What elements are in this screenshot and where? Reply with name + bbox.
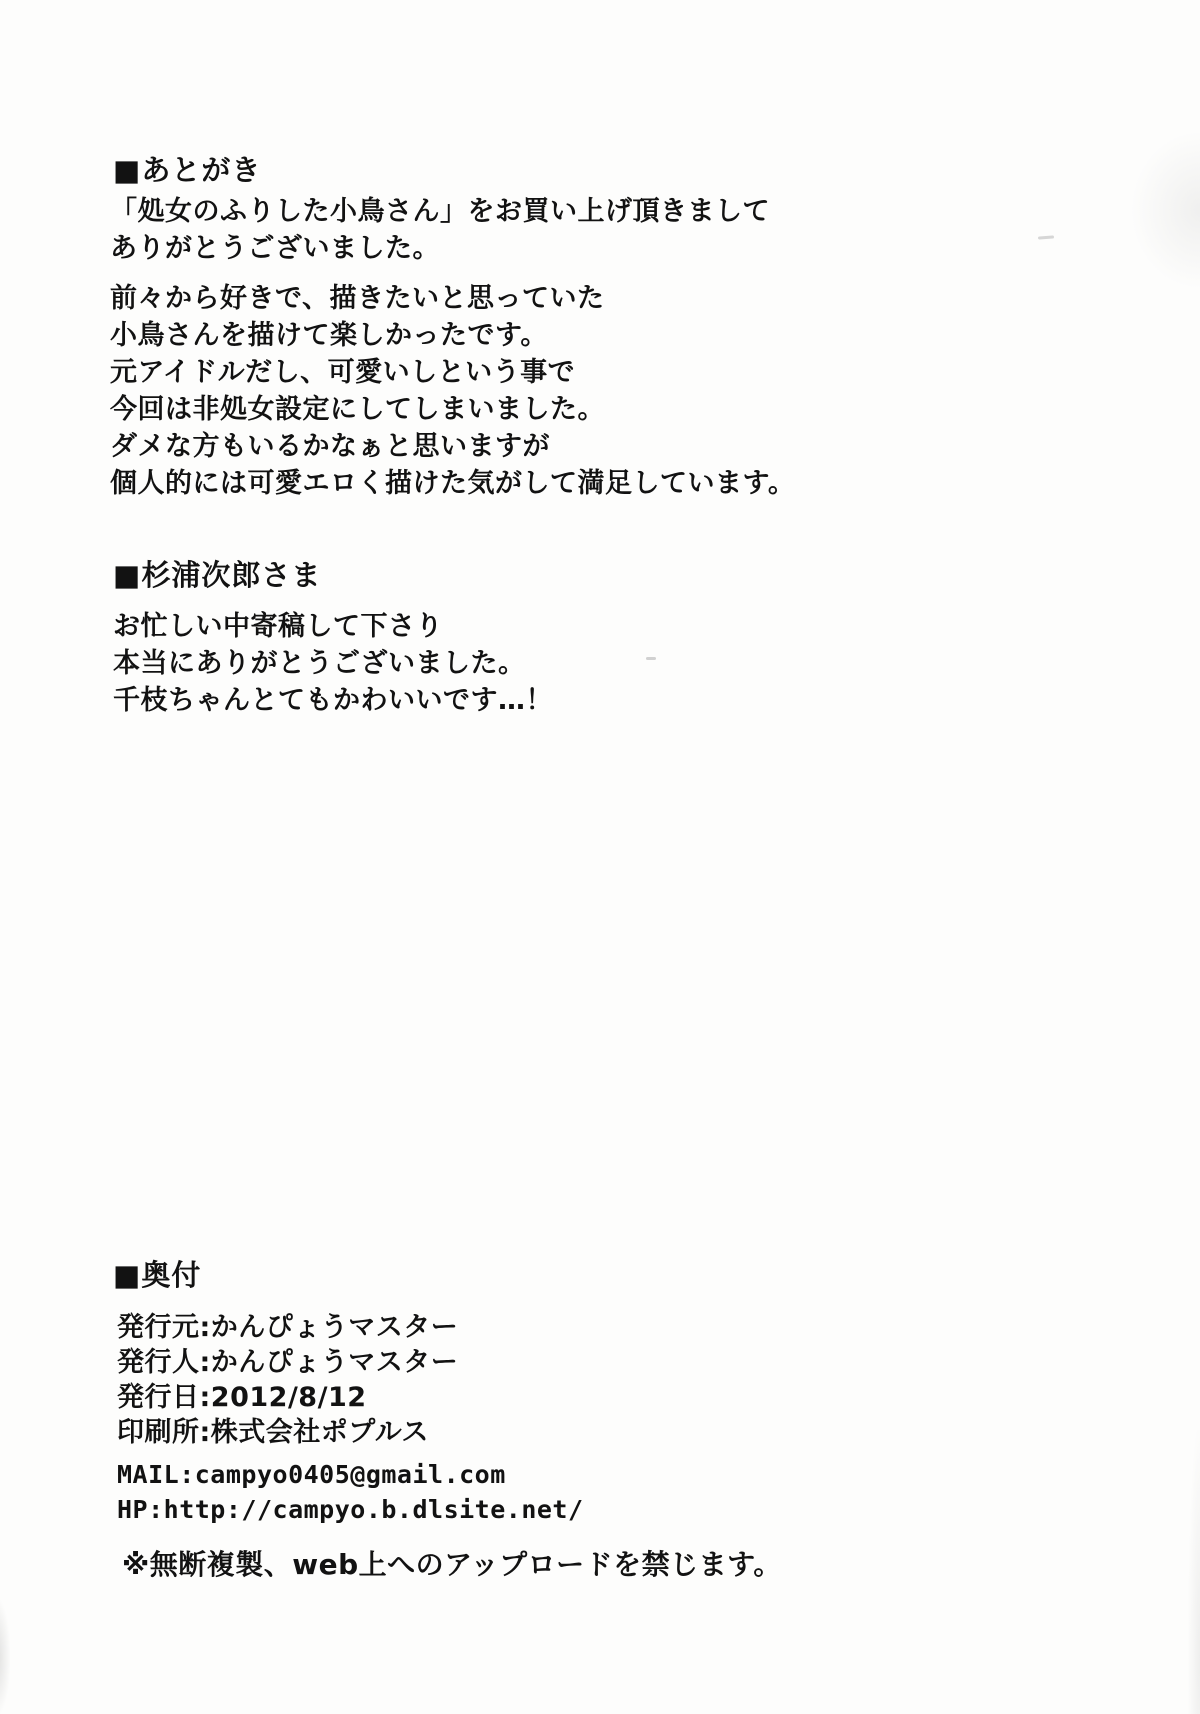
- text-line: 今回は非処女設定にしてしまいました。: [110, 391, 795, 428]
- text-line: 元アイドルだし、可愛いしという事で: [110, 354, 795, 391]
- publisher-line: 発行元:かんぴょうマスター: [117, 1310, 458, 1345]
- scan-artifact-mark: [646, 657, 656, 660]
- colophon-contact-info: MAIL:campyo0405@gmail.com HP:http://camp…: [117, 1457, 584, 1527]
- colophon-publication-info: 発行元:かんぴょうマスター 発行人:かんぴょうマスター 発行日:2012/8/1…: [117, 1310, 458, 1450]
- printer-line: 印刷所:株式会社ポプルス: [117, 1415, 458, 1450]
- colophon-heading: ■奥付: [113, 1253, 201, 1294]
- scan-artifact-mark: [1038, 235, 1054, 239]
- publication-date-line: 発行日:2012/8/12: [117, 1380, 458, 1415]
- text-line: ダメな方もいるかなぁと思いますが: [110, 428, 795, 465]
- afterword-comment-paragraph: 前々から好きで、描きたいと思っていた 小鳥さんを描けて楽しかったです。 元アイド…: [110, 280, 795, 502]
- guest-thanks-heading: ■杉浦次郎さま: [113, 553, 321, 594]
- scan-smudge: [0, 1600, 10, 1714]
- afterword-heading: ■あとがき: [113, 148, 261, 189]
- text-line: 千枝ちゃんとてもかわいいです…！: [113, 682, 553, 719]
- scan-smudge: [1130, 130, 1200, 290]
- text-line: ありがとうございました。: [110, 230, 770, 267]
- text-line: 「処女のふりした小鳥さん」をお買い上げ頂きまして: [110, 193, 770, 230]
- homepage-url-line: HP:http://campyo.b.dlsite.net/: [117, 1492, 584, 1527]
- scan-smudge: [1188, 1430, 1200, 1714]
- copyright-notice: ※無断複製、web上へのアップロードを禁じます。: [122, 1543, 782, 1583]
- issuer-line: 発行人:かんぴょうマスター: [117, 1345, 458, 1380]
- afterword-thanks-paragraph: 「処女のふりした小鳥さん」をお買い上げ頂きまして ありがとうございました。: [110, 193, 770, 267]
- mail-address-line: MAIL:campyo0405@gmail.com: [117, 1457, 584, 1492]
- text-line: 本当にありがとうございました。: [113, 645, 553, 682]
- text-line: 小鳥さんを描けて楽しかったです。: [110, 317, 795, 354]
- text-line: お忙しい中寄稿して下さり: [113, 608, 553, 645]
- guest-thanks-paragraph: お忙しい中寄稿して下さり 本当にありがとうございました。 千枝ちゃんとてもかわい…: [113, 608, 553, 719]
- text-line: 個人的には可愛エロく描けた気がして満足しています。: [110, 465, 795, 502]
- scanned-afterword-page: ■あとがき 「処女のふりした小鳥さん」をお買い上げ頂きまして ありがとうございま…: [0, 0, 1200, 1714]
- text-line: 前々から好きで、描きたいと思っていた: [110, 280, 795, 317]
